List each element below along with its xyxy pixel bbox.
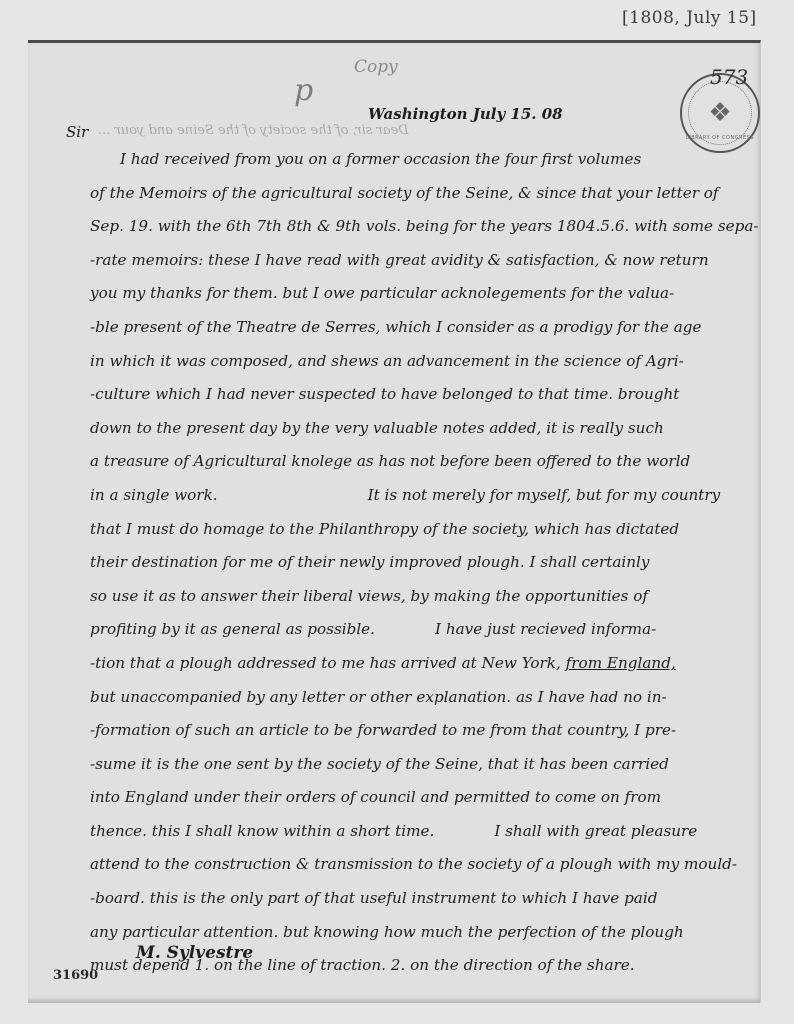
letter-fragment: in a single work.	[90, 486, 218, 504]
letter-fragment: I have just recieved informa-	[435, 620, 656, 638]
copy-mark: Copy	[354, 57, 398, 77]
letter-line: you my thanks for them. but I owe partic…	[90, 277, 750, 311]
stamp-label: LIBRARY OF CONGRESS	[682, 135, 758, 141]
letter-line: profiting by it as general as possible.I…	[90, 613, 750, 647]
folio-number: 573	[710, 65, 748, 89]
letter-line: but unaccompanied by any letter or other…	[90, 681, 750, 715]
letter-line: I had received from you on a former occa…	[90, 143, 750, 177]
letter-line: Sep. 19. with the 6th 7th 8th & 9th vols…	[90, 210, 750, 244]
letter-line: -board. this is the only part of that us…	[90, 882, 750, 916]
letter-fragment: -tion that a plough addressed to me has …	[90, 654, 561, 672]
letter-line: -rate memoirs: these I have read with gr…	[90, 244, 750, 278]
letter-fragment: profiting by it as general as possible.	[90, 620, 375, 638]
bleed-through-text: Dear sir, of the society of the Seine an…	[98, 123, 409, 138]
letter-fragment: It is not merely for myself, but for my …	[368, 486, 721, 504]
letter-line: down to the present day by the very valu…	[90, 412, 750, 446]
letter-line: thence. this I shall know within a short…	[90, 815, 750, 849]
letter-line: -tion that a plough addressed to me has …	[90, 647, 750, 681]
letter-fragment: I shall with great pleasure	[494, 822, 697, 840]
letter-line: so use it as to answer their liberal vie…	[90, 580, 750, 614]
letter-line: -culture which I had never suspected to …	[90, 378, 750, 412]
letter-line: of the Memoirs of the agricultural socie…	[90, 177, 750, 211]
pencil-mark: p	[294, 73, 313, 108]
letter-salutation: Sir	[66, 123, 88, 141]
letter-line: into England under their orders of counc…	[90, 781, 750, 815]
archive-date-annotation: [1808, July 15]	[622, 8, 757, 28]
manuscript-page: p Copy ❖ LIBRARY OF CONGRESS 573 Washing…	[28, 40, 761, 1003]
letter-line: -sume it is the one sent by the society …	[90, 748, 750, 782]
letter-dateline: Washington July 15. 08	[368, 105, 563, 123]
letter-line: that I must do homage to the Philanthrop…	[90, 513, 750, 547]
letter-line: in which it was composed, and shews an a…	[90, 345, 750, 379]
letter-body: I had received from you on a former occa…	[90, 143, 750, 983]
catalog-number: 31690	[53, 968, 98, 983]
letter-line: attend to the construction & transmissio…	[90, 848, 750, 882]
letter-addressee: M. Sylvestre	[136, 943, 253, 963]
letter-line: their destination for me of their newly …	[90, 546, 750, 580]
letter-fragment-underlined: from England,	[566, 654, 676, 672]
letter-line: -ble present of the Theatre de Serres, w…	[90, 311, 750, 345]
letter-line: -formation of such an article to be forw…	[90, 714, 750, 748]
letter-line: in a single work.It is not merely for my…	[90, 479, 750, 513]
document-scan: [1808, July 15] p Copy ❖ LIBRARY OF CONG…	[0, 0, 794, 1024]
letter-line: a treasure of Agricultural knolege as ha…	[90, 445, 750, 479]
letter-fragment: thence. this I shall know within a short…	[90, 822, 434, 840]
